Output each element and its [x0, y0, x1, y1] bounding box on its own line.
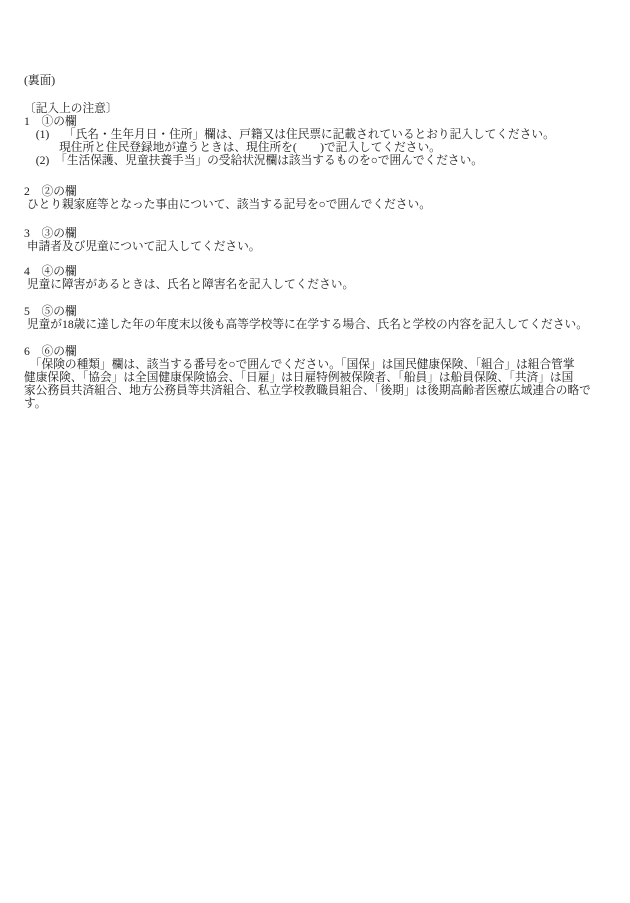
- note-line: 児童が18歳に達した年の年度末以後も高等学校等に在学する場合、氏名と学校の内容を…: [24, 318, 620, 331]
- notes-content: (裏面) 〔記入上の注意〕 1 ①の欄 (1) 「氏名・生年月日・住所」欄は、戸…: [0, 0, 630, 410]
- note-line: (1) 「氏名・生年月日・住所」欄は、戸籍又は住民票に記載されているとおり記入し…: [24, 128, 620, 141]
- note-line: す。: [24, 397, 620, 410]
- note-line: 現住所と住民登録地が違うときは、現住所を( )で記入してください。: [24, 141, 620, 154]
- note-line: 申請者及び児童について記入してください。: [24, 240, 620, 253]
- note-section-2: 2 ②の欄 ひとり親家庭等となった事由について、該当する記号を○で囲んでください…: [24, 185, 620, 211]
- note-section-1: 1 ①の欄 (1) 「氏名・生年月日・住所」欄は、戸籍又は住民票に記載されている…: [24, 115, 620, 167]
- note-section-5: 5 ⑤の欄 児童が18歳に達した年の年度末以後も高等学校等に在学する場合、氏名と…: [24, 305, 620, 331]
- section-2-heading: 2 ②の欄: [24, 185, 620, 198]
- section-4-heading: 4 ④の欄: [24, 265, 620, 278]
- note-line: 「保険の種類」欄は、該当する番号を○で囲んでください。「国保」は国民健康保険、「…: [24, 358, 620, 371]
- note-section-6: 6 ⑥の欄 「保険の種類」欄は、該当する番号を○で囲んでください。「国保」は国民…: [24, 345, 620, 410]
- note-line: (2) 「生活保護、児童扶養手当」の受給状況欄は該当するものを○で囲んでください…: [24, 154, 620, 167]
- notes-heading: 〔記入上の注意〕: [24, 102, 620, 115]
- note-line: 児童に障害があるときは、氏名と障害名を記入してください。: [24, 278, 620, 291]
- note-line: 家公務員共済組合、地方公務員等共済組合、私立学校教職員組合、「後期」は後期高齢者…: [24, 384, 620, 397]
- form-back-page: (裏面) 〔記入上の注意〕 1 ①の欄 (1) 「氏名・生年月日・住所」欄は、戸…: [0, 0, 630, 903]
- section-3-heading: 3 ③の欄: [24, 227, 620, 240]
- note-line: 健康保険、「協会」は全国健康保険協会、「日雇」は日雇特例被保険者、「船員」は船員…: [24, 371, 620, 384]
- back-side-label: (裏面): [24, 74, 620, 87]
- section-1-heading: 1 ①の欄: [24, 115, 620, 128]
- note-section-3: 3 ③の欄 申請者及び児童について記入してください。: [24, 227, 620, 253]
- note-line: ひとり親家庭等となった事由について、該当する記号を○で囲んでください。: [24, 198, 620, 211]
- section-6-heading: 6 ⑥の欄: [24, 345, 620, 358]
- section-5-heading: 5 ⑤の欄: [24, 305, 620, 318]
- note-section-4: 4 ④の欄 児童に障害があるときは、氏名と障害名を記入してください。: [24, 265, 620, 291]
